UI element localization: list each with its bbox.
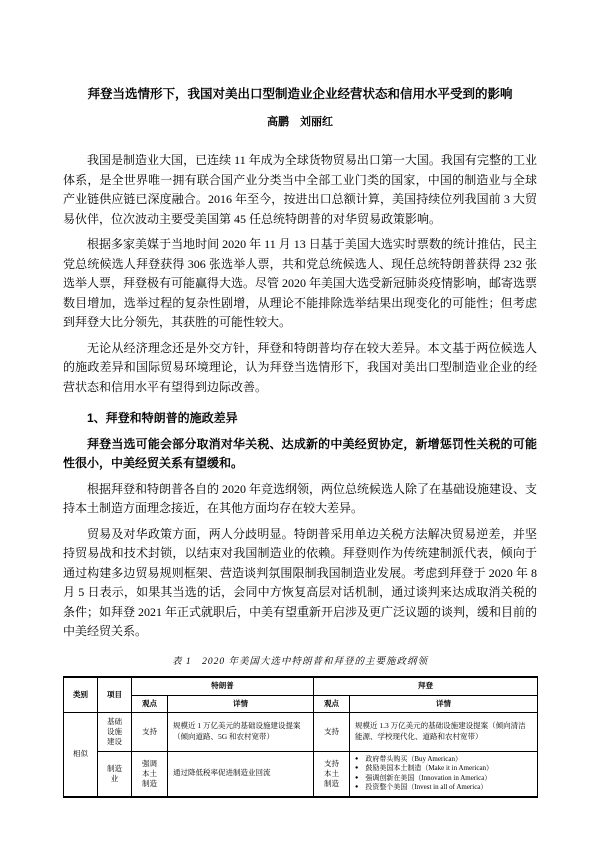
paragraph-election-estimate: 根据多家美媒于当地时间 2020 年 11 月 13 日基于美国大选实时票数的统… (63, 235, 537, 333)
table-header-row-1: 类别 项目 特朗普 拜登 (64, 677, 538, 696)
document-body: 我国是制造业大国，已连续 11 年成为全球货物贸易出口第一大国。我国有完整的工业… (63, 151, 537, 642)
section-heading-1: 1、拜登和特朗普的施政差异 (63, 409, 537, 429)
header-trump-viewpoint: 观点 (132, 695, 168, 712)
cell-biden-detail-mfg: 政府带头购买（Buy American） 鼓励美国本土制造（Make it in… (350, 751, 538, 797)
header-trump: 特朗普 (132, 677, 314, 696)
header-biden-detail: 详情 (350, 695, 538, 712)
paragraph-thesis: 无论从经济理念还是外交方针，拜登和特朗普均存在较大差异。本文基于两位候选人的施政… (63, 339, 537, 398)
cell-trump-detail-infra: 规模近 1 万亿美元的基础设施建设提案（倾向道路、5G 和农村宽带） (168, 712, 314, 751)
cell-biden-view-mfg: 支持本土制造 (314, 751, 350, 797)
biden-bullet-item: 鼓励美国本土制造（Make it in American） (355, 764, 532, 773)
header-trump-detail: 详情 (168, 695, 314, 712)
header-biden: 拜登 (314, 677, 538, 696)
paragraph-key-point: 拜登当选可能会部分取消对华关税、达成新的中美经贸协定，新增惩罚性关税的可能性很小… (63, 435, 537, 474)
table-caption: 表 1 2020 年美国大选中特朗普和拜登的主要施政纲领 (63, 656, 537, 669)
policy-comparison-table: 类别 项目 特朗普 拜登 观点 详情 观点 详情 相似 基础设施建设 支持 规模… (63, 676, 538, 798)
document-page: 拜登当选情形下，我国对美出口型制造业企业经营状态和信用水平受到的影响 高鹏 刘丽… (0, 0, 595, 842)
paragraph-trade-policy: 贸易及对华政策方面，两人分歧明显。特朗普采用单边关税方法解决贸易逆差，并坚持贸易… (63, 525, 537, 642)
header-category: 类别 (64, 677, 98, 713)
cell-category-similar: 相似 (64, 712, 98, 797)
table-header-row-2: 观点 详情 观点 详情 (64, 695, 538, 712)
table-row-manufacturing: 制造业 强调本土制造 通过降低税率促进制造业回流 支持本土制造 政府带头购买（B… (64, 751, 538, 797)
header-item: 项目 (98, 677, 132, 713)
cell-trump-view-infra: 支持 (132, 712, 168, 751)
page-title: 拜登当选情形下，我国对美出口型制造业企业经营状态和信用水平受到的影响 (63, 86, 537, 102)
cell-trump-detail-mfg: 通过降低税率促进制造业回流 (168, 751, 314, 797)
biden-bullet-item: 投资整个美国（Invest in all of America） (355, 783, 532, 792)
cell-item-manufacturing: 制造业 (98, 751, 132, 797)
header-biden-viewpoint: 观点 (314, 695, 350, 712)
biden-bullet-item: 强调创新在美国（Innovation in America） (355, 774, 532, 783)
biden-bullet-item: 政府带头购买（Buy American） (355, 755, 532, 764)
cell-biden-view-infra: 支持 (314, 712, 350, 751)
cell-biden-detail-infra: 规模近 1.3 万亿美元的基础设施建设提案（倾向清洁能源、学校现代化、道路和农村… (350, 712, 538, 751)
table-row-infrastructure: 相似 基础设施建设 支持 规模近 1 万亿美元的基础设施建设提案（倾向道路、5G… (64, 712, 538, 751)
cell-item-infrastructure: 基础设施建设 (98, 712, 132, 751)
paragraph-intro: 我国是制造业大国，已连续 11 年成为全球货物贸易出口第一大国。我国有完整的工业… (63, 151, 537, 229)
cell-trump-view-mfg: 强调本土制造 (132, 751, 168, 797)
authors: 高鹏 刘丽红 (63, 115, 537, 130)
paragraph-platforms: 根据拜登和特朗普各自的 2020 年竞选纲领，两位总统候选人除了在基础设施建设、… (63, 480, 537, 519)
